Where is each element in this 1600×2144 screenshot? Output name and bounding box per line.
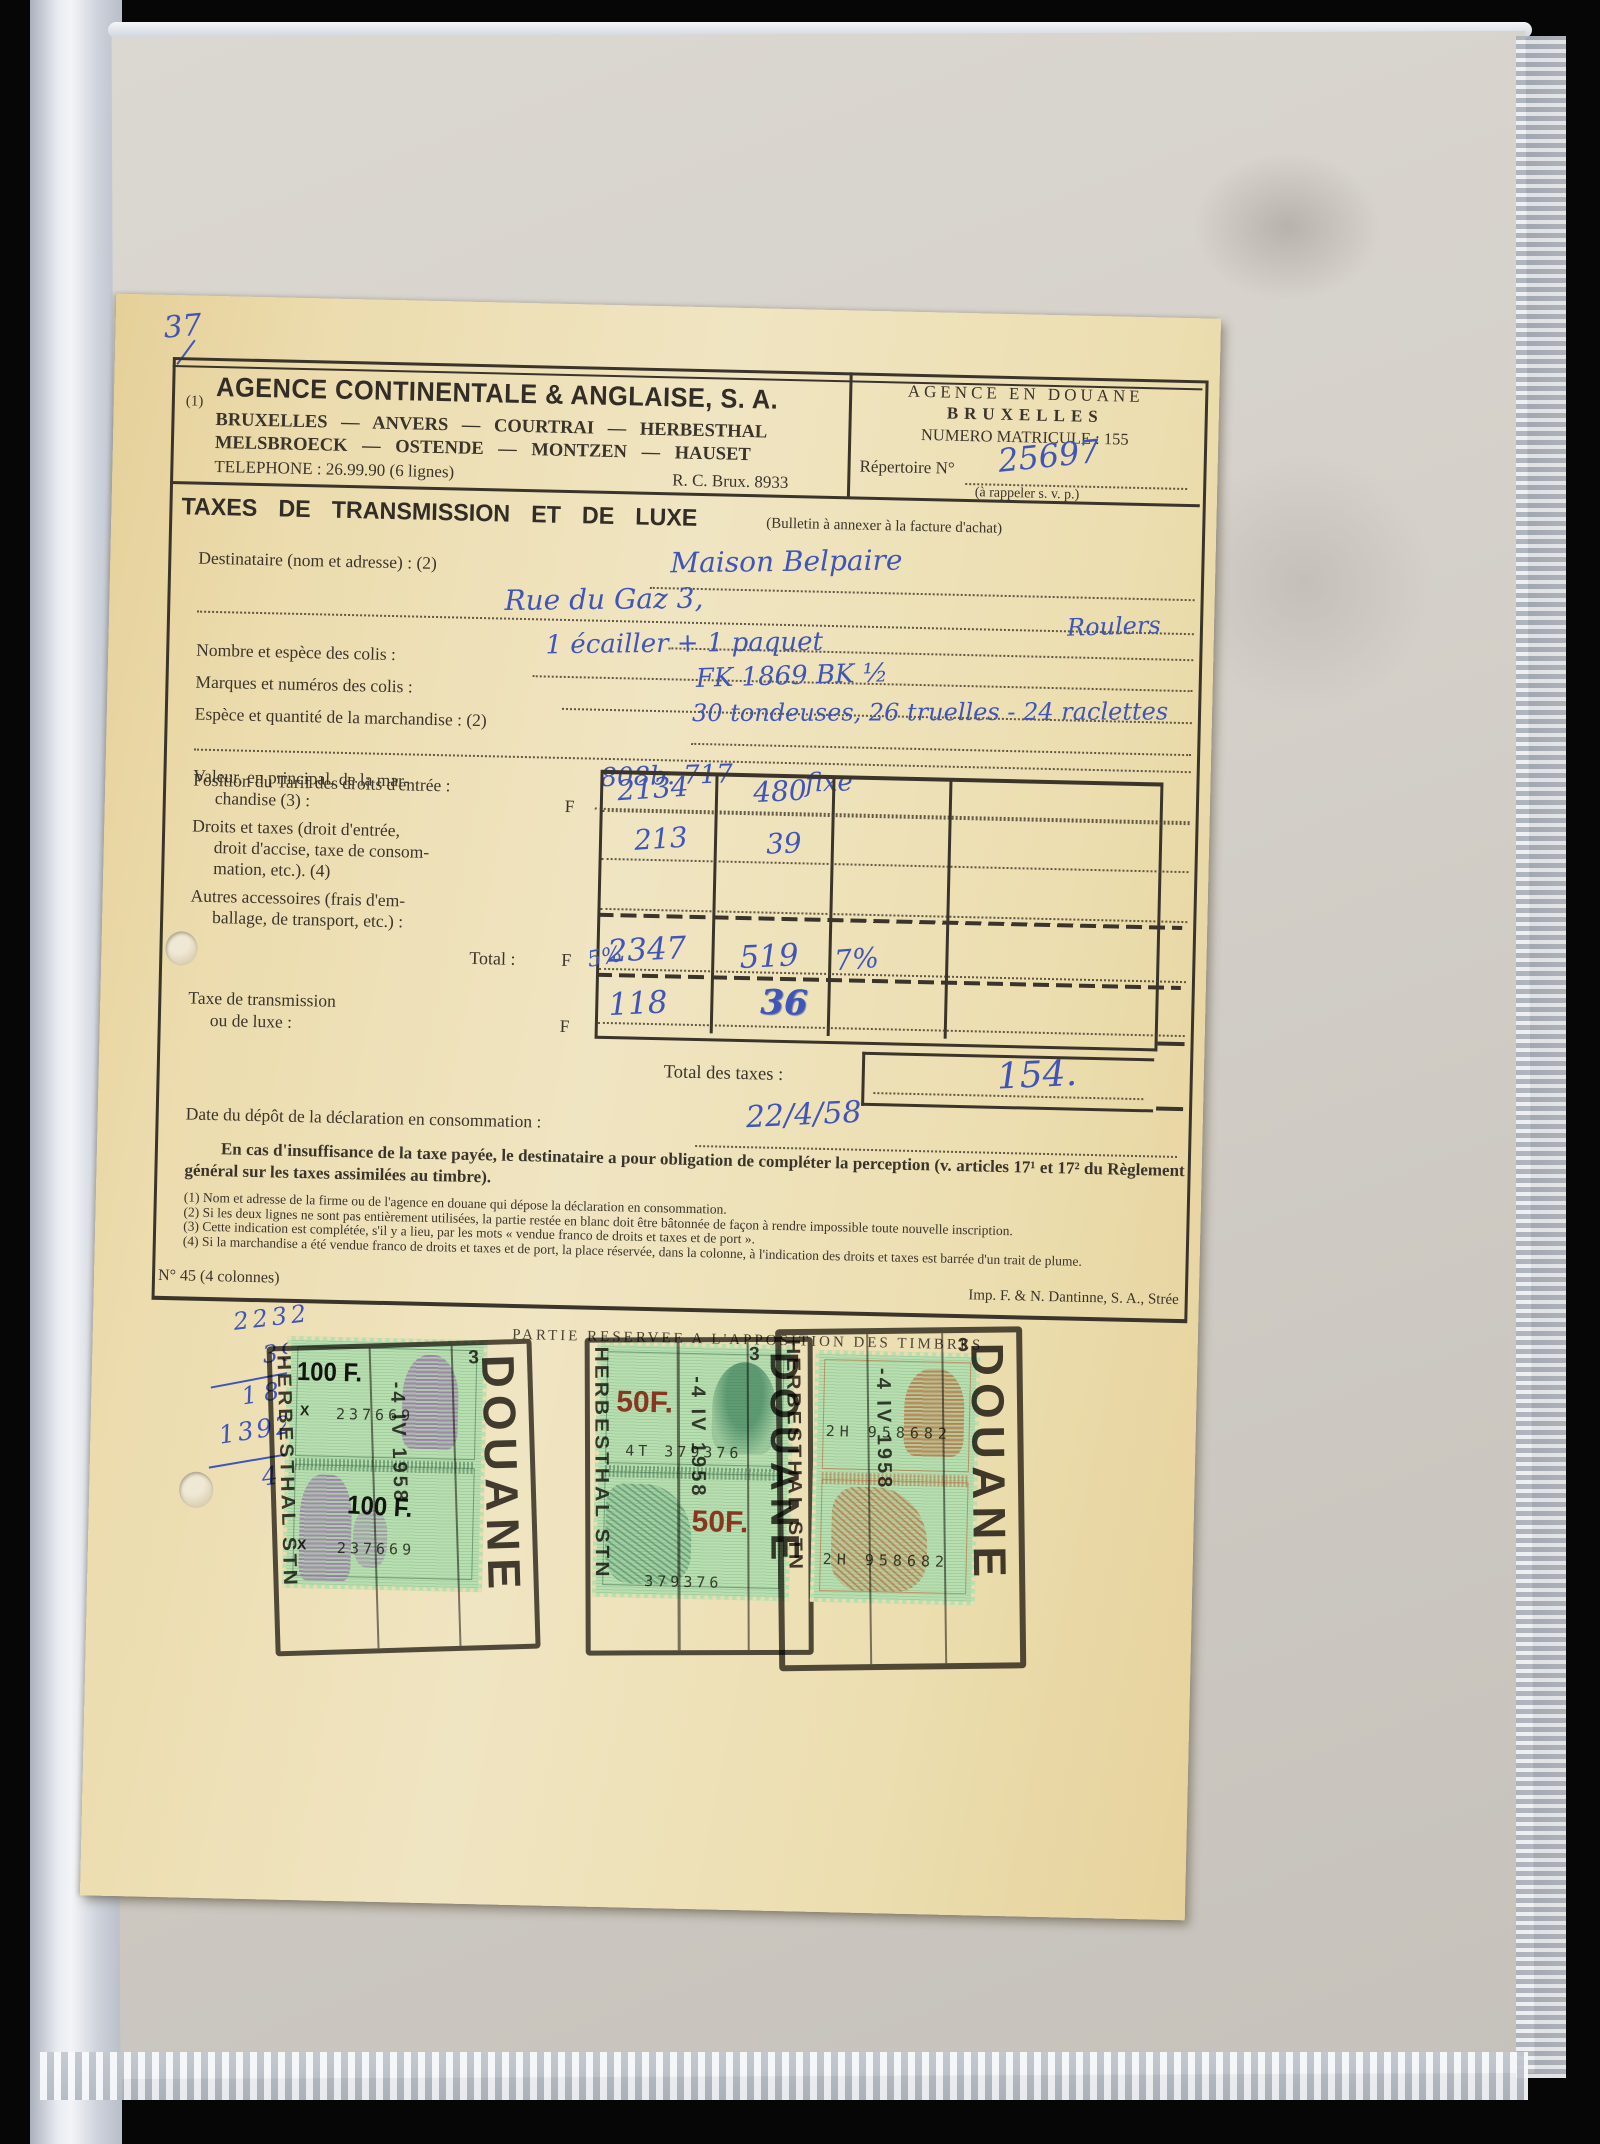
table-bottom-rule-extension xyxy=(1158,1041,1185,1045)
total-currency: F xyxy=(561,950,571,971)
cancel-station-text: HERBESTHAL STN xyxy=(781,1339,806,1572)
cancel-inner-line xyxy=(677,1342,681,1650)
calc-line-1: 2232 xyxy=(232,1299,312,1336)
total-taxes-rule-extension xyxy=(1156,1106,1183,1110)
valeur-value-col2: 480 xyxy=(752,774,807,809)
total-value-col3: 7% xyxy=(833,941,880,978)
total-value-col2: 519 xyxy=(739,937,800,976)
droits-value-col2: 39 xyxy=(765,826,802,861)
cancel-date-text: -4 IV 1958 xyxy=(871,1368,895,1491)
cancel-code: 3 xyxy=(749,1344,760,1366)
droits-label-line3: mation, etc.). (4) xyxy=(213,858,331,882)
header-note-ref: (1) xyxy=(186,393,204,410)
cancel-date-text: -4 IV 1958 xyxy=(686,1376,709,1498)
plastic-sleeve-bottom-seam xyxy=(40,2052,1528,2100)
form-number: N° 45 (4 colonnes) xyxy=(158,1267,280,1288)
taxe-label-line2: ou de luxe : xyxy=(210,1010,293,1033)
total-taxes-label: Total des taxes : xyxy=(664,1062,784,1086)
plastic-sleeve-right-edge xyxy=(1516,36,1566,2078)
cancel-inner-line xyxy=(369,1348,380,1648)
date-depot-handwritten: 22/4/58 xyxy=(745,1095,862,1135)
album-shadow-stain xyxy=(1192,152,1383,303)
autres-label-line2: ballage, de transport, etc.) : xyxy=(212,907,403,932)
repertoire-label: Répertoire N° xyxy=(859,457,955,479)
destinataire-value-handwritten: Maison Belpaire xyxy=(670,544,902,580)
droits-value-col1: 213 xyxy=(633,820,688,856)
taxe-value-col2: 36 xyxy=(760,982,808,1023)
total-label: Total : xyxy=(469,948,516,970)
customs-form-document: 37 (1) AGENCE CONTINENTALE & ANGLAISE, S… xyxy=(80,294,1221,1921)
cancel-code: 3 xyxy=(958,1335,969,1357)
company-registry: R. C. Brux. 8933 xyxy=(672,470,789,493)
taxe-label-line1: Taxe de transmission xyxy=(188,987,336,1011)
douane-cancel-stamp-3: HERBESTHAL STN DOUANE -4 IV 1958 3 xyxy=(775,1326,1026,1671)
cancel-office-text: DOUANE xyxy=(960,1342,1017,1584)
taxe-value-col1: 118 xyxy=(608,984,669,1023)
cancel-code: 3 xyxy=(468,1347,479,1369)
valeur-label-line2: chandise (3) : xyxy=(215,788,311,811)
cancel-date-text: -4 IV 1958 xyxy=(385,1381,412,1504)
cancel-station-text: HERBESTHAL STN xyxy=(272,1355,301,1589)
address-handwritten: Rue du Gaz 3, xyxy=(504,582,703,617)
page-number-annotation: 37 xyxy=(162,308,203,346)
cancel-station-text: HERBESTHAL STN xyxy=(590,1347,613,1580)
cancel-inner-line xyxy=(747,1342,751,1650)
address-city-handwritten: Roulers xyxy=(1067,611,1161,642)
total-value-col1: 2347 xyxy=(607,930,688,970)
valeur-value-col1: 2134 xyxy=(616,770,689,808)
cancel-office-text: DOUANE xyxy=(471,1354,532,1597)
douane-cancel-stamp-1: HERBESTHAL STN DOUANE -4 IV 1958 3 xyxy=(267,1339,541,1657)
taxe-currency: F xyxy=(560,1016,570,1037)
nombre-colis-handwritten: 1 écailler + 1 paquet xyxy=(545,627,823,660)
marques-colis-handwritten: FK 1869 BK ½ xyxy=(695,658,888,694)
cancel-inner-line xyxy=(450,1346,461,1646)
espece-marchandise-handwritten: 30 tondeuses, 26 truelles - 24 raclettes xyxy=(692,697,1168,727)
customs-agency-box: AGENCE EN DOUANE BRUXELLES NUMERO MATRIC… xyxy=(847,374,1203,504)
nombre-colis-label: Nombre et espèce des colis : xyxy=(196,640,396,666)
valeur-currency: F xyxy=(565,796,575,817)
total-taxes-value-handwritten: 154. xyxy=(996,1053,1078,1098)
cancel-inner-line xyxy=(941,1333,948,1663)
photo-backdrop: 37 (1) AGENCE CONTINENTALE & ANGLAISE, S… xyxy=(0,0,1600,2144)
